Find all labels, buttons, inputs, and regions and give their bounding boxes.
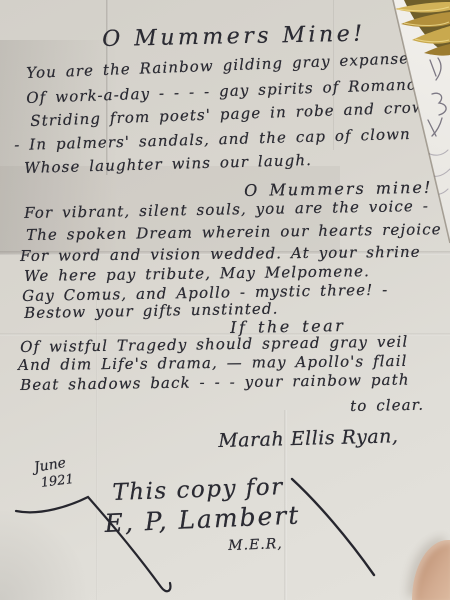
letter-photograph: O Mummers Mine! You are the Rainbow gild… [0,0,450,600]
letter-title: O Mummers Mine! [102,21,366,52]
poem-line: Whose laughter wins our laugh. [24,151,312,177]
poem-line: Beat shadows back - - - your rainbow pat… [20,371,410,394]
letter-paper: O Mummers Mine! You are the Rainbow gild… [0,0,450,600]
poem-line: The spoken Dream wherein our hearts rejo… [26,220,442,244]
inscription-initials: M.E.R, [228,536,283,554]
author-signature: Marah Ellis Ryan, [218,425,399,452]
poem-line: For vibrant, silent souls, you are the v… [24,197,429,222]
inscription-line-2: E, P, Lambert [104,500,301,538]
poem-indent-line: to clear. [350,396,424,415]
date-year: 1921 [40,472,75,491]
inscription-line-1: This copy for [112,474,284,506]
poem-line: - In palmers' sandals, and the cap of cl… [14,125,411,154]
